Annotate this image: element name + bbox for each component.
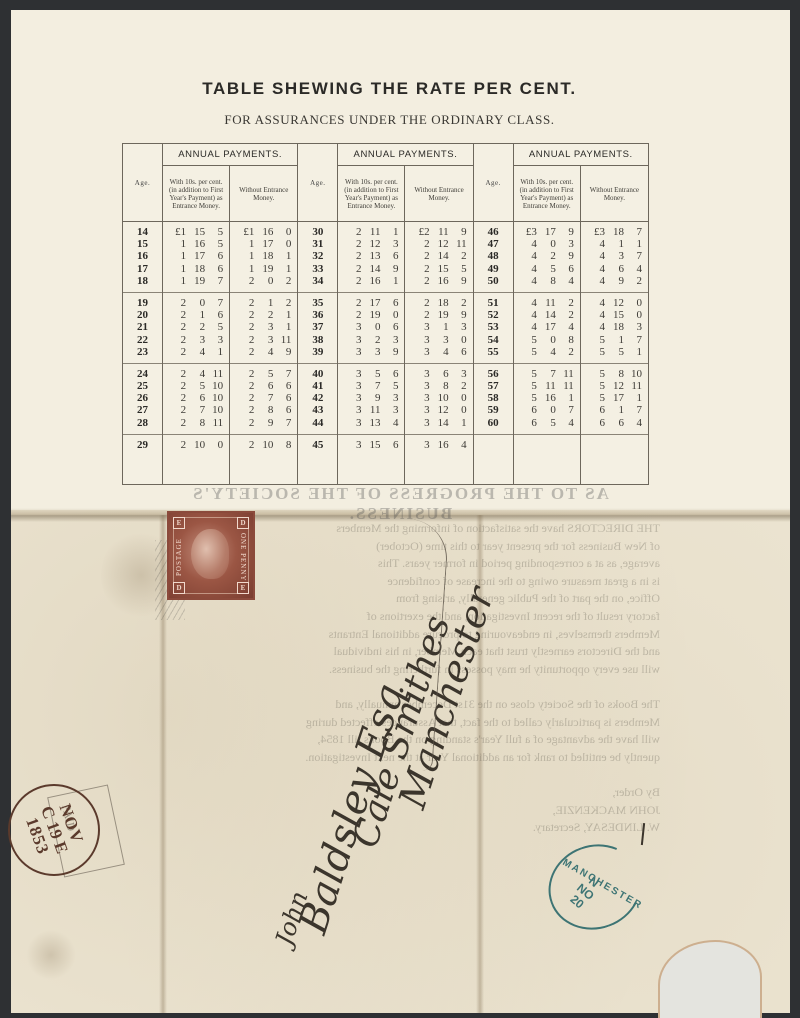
rate-cell: 2100 — [163, 439, 229, 451]
age-cell: 54 — [474, 334, 513, 346]
shillings-value: 15 — [605, 309, 624, 321]
pence-value: 3 — [380, 404, 398, 416]
row-group: 29 — [123, 435, 162, 456]
shillings-value: 18 — [605, 226, 624, 238]
age-cell: 18 — [123, 275, 162, 287]
rate-cell: 216 — [163, 309, 229, 321]
shillings-value: 6 — [430, 368, 449, 380]
row-group: 3031323334 — [298, 222, 337, 293]
shillings-value: 9 — [361, 392, 380, 404]
age-cell: 34 — [298, 275, 337, 287]
age-cell: 21 — [123, 321, 162, 333]
pence-value: 10 — [205, 404, 223, 416]
age-cell — [474, 439, 513, 451]
rate-cell: 617 — [581, 404, 648, 416]
pounds-value: £1 — [234, 226, 254, 238]
queen-portrait — [191, 529, 229, 579]
rate-cell: 297 — [230, 417, 297, 429]
pounds-value: 5 — [517, 392, 537, 404]
rate-cell: 2123 — [338, 238, 404, 250]
age-cell: 28 — [123, 417, 162, 429]
stamp-corner-letter: E — [173, 517, 185, 529]
pence-value: 0 — [449, 404, 467, 416]
row-group: 3164 — [405, 435, 472, 456]
shillings-value: 3 — [605, 250, 624, 262]
row-group: 45 — [298, 435, 337, 456]
rate-cell: 2161 — [338, 275, 404, 287]
row-group: 21822199313330346 — [405, 293, 472, 364]
pence-value — [624, 439, 642, 451]
row-group: 35637539331133134 — [338, 364, 404, 435]
shillings-value: 13 — [361, 250, 380, 262]
rate-cell: 3156 — [338, 439, 404, 451]
row-group: 4647484950 — [474, 222, 513, 293]
pence-value: 6 — [205, 250, 223, 262]
rate-cell: 517 — [581, 334, 648, 346]
row-group: 207216225233241 — [163, 293, 229, 364]
shillings-value — [537, 439, 556, 451]
pounds-value: 4 — [585, 250, 605, 262]
shillings-value: 3 — [254, 334, 273, 346]
rate-cell: 607 — [514, 404, 580, 416]
shillings-value: 15 — [186, 226, 205, 238]
pence-value: 6 — [273, 392, 291, 404]
rate-cell: 233 — [163, 334, 229, 346]
page-subtitle: FOR ASSURANCES UNDER THE ORDINARY CLASS. — [0, 112, 779, 128]
pence-value: 3 — [556, 238, 574, 250]
rate-cell — [514, 439, 580, 451]
pounds-value: 2 — [234, 321, 254, 333]
rate-cell: 456 — [514, 263, 580, 275]
pence-value: 4 — [556, 321, 574, 333]
rate-cell: 4112 — [514, 297, 580, 309]
pence-value: 6 — [205, 263, 223, 275]
pence-value: 7 — [624, 250, 642, 262]
shillings-value: 5 — [605, 346, 624, 358]
rate-cell: 4150 — [581, 309, 648, 321]
age-cell: 33 — [298, 263, 337, 275]
pounds-value: 2 — [234, 380, 254, 392]
pounds-value: £2 — [410, 226, 430, 238]
shillings-value: 4 — [186, 346, 205, 358]
row-group: 2425262728 — [123, 364, 162, 435]
pence-value: 2 — [449, 380, 467, 392]
pence-value: 2 — [273, 297, 291, 309]
rate-cell: 3164 — [405, 439, 472, 451]
rate-cell: 403 — [514, 238, 580, 250]
pounds-value: 3 — [341, 404, 361, 416]
rate-cell: 382 — [405, 380, 472, 392]
rate-cell: 221 — [230, 309, 297, 321]
pence-value: 9 — [380, 263, 398, 275]
rate-cell: 231 — [230, 321, 297, 333]
row-group: £3179403429456484 — [514, 222, 580, 293]
pounds-value: 3 — [341, 417, 361, 429]
pounds-value: 5 — [517, 334, 537, 346]
table-block: Age.ANNUAL PAYMENTS.With 10s. per cent. … — [474, 144, 648, 484]
age-cell: 46 — [474, 226, 513, 238]
pounds-value: 2 — [410, 263, 430, 275]
row-group: 24112510261027102811 — [163, 364, 229, 435]
age-cell: 20 — [123, 309, 162, 321]
annual-payments-header: ANNUAL PAYMENTS. — [163, 144, 297, 166]
shillings-value: 17 — [605, 392, 624, 404]
pence-value: 1 — [624, 392, 642, 404]
pence-value: 7 — [624, 226, 642, 238]
age-cell: 17 — [123, 263, 162, 275]
pence-value: 7 — [205, 297, 223, 309]
age-cell: 37 — [298, 321, 337, 333]
pounds-value: 1 — [234, 250, 254, 262]
shillings-value: 3 — [430, 334, 449, 346]
shillings-value: 12 — [430, 404, 449, 416]
shillings-value: 12 — [430, 238, 449, 250]
pounds-value: 2 — [341, 263, 361, 275]
bleed-through-line: of New Business for the present year to … — [290, 538, 660, 556]
pence-value: 2 — [449, 297, 467, 309]
rate-cell: 375 — [338, 380, 404, 392]
age-column: 464748495051525354555657585960 — [474, 222, 514, 484]
pounds-value: 6 — [517, 417, 537, 429]
age-column-header: Age. — [298, 144, 338, 222]
age-cell: 57 — [474, 380, 513, 392]
row-group: 1415161718 — [123, 222, 162, 293]
row-group: 4041424344 — [298, 364, 337, 435]
pence-value: 11 — [449, 238, 467, 250]
rate-cell — [581, 439, 648, 451]
rate-cell: 2176 — [338, 297, 404, 309]
row-group: 5152535455 — [474, 293, 513, 364]
shillings-value: 7 — [537, 368, 556, 380]
rate-cell: 2510 — [163, 380, 229, 392]
pence-value: 11 — [205, 417, 223, 429]
rate-cell: 3141 — [405, 417, 472, 429]
pounds-value: 3 — [410, 368, 430, 380]
pence-value: 2 — [556, 346, 574, 358]
rate-cell: 5171 — [581, 392, 648, 404]
rate-cell: 2142 — [405, 250, 472, 262]
rate-cell: 411 — [581, 238, 648, 250]
age-cell: 60 — [474, 417, 513, 429]
age-cell: 59 — [474, 404, 513, 416]
shillings-value: 9 — [254, 417, 273, 429]
rate-cell: 306 — [338, 321, 404, 333]
shillings-value: 17 — [186, 250, 205, 262]
pounds-value: 5 — [585, 380, 605, 392]
age-cell: 22 — [123, 334, 162, 346]
rate-cell: 346 — [405, 346, 472, 358]
rate-cell: 2108 — [230, 439, 297, 451]
pence-value: 6 — [380, 250, 398, 262]
age-cell: 36 — [298, 309, 337, 321]
shillings-value: 0 — [186, 297, 205, 309]
pounds-value: 3 — [410, 334, 430, 346]
age-cell: 19 — [123, 297, 162, 309]
shillings-value: 17 — [537, 321, 556, 333]
shillings-value: 0 — [361, 321, 380, 333]
shillings-value: 1 — [254, 297, 273, 309]
pounds-value: 2 — [341, 250, 361, 262]
shillings-value: 7 — [361, 380, 380, 392]
shillings-value: 12 — [605, 297, 624, 309]
pence-value: 3 — [205, 334, 223, 346]
pounds-value: 4 — [517, 297, 537, 309]
rate-cell: 2111 — [338, 226, 404, 238]
pounds-value: 3 — [341, 334, 361, 346]
rate-cell: 2610 — [163, 392, 229, 404]
without-entrance-column: £211921211214221552169218221993133303463… — [405, 222, 472, 484]
pence-value: 11 — [624, 380, 642, 392]
pounds-value: 2 — [341, 226, 361, 238]
pounds-value: £3 — [585, 226, 605, 238]
pence-value: 0 — [273, 238, 291, 250]
table-block: Age.ANNUAL PAYMENTS.With 10s. per cent. … — [298, 144, 473, 484]
rate-cell: 2155 — [405, 263, 472, 275]
shillings-value: 6 — [254, 380, 273, 392]
rate-cell: 225 — [163, 321, 229, 333]
rate-cell: 2149 — [338, 263, 404, 275]
shillings-value: 11 — [430, 226, 449, 238]
pounds-value: 4 — [517, 263, 537, 275]
pounds-value: 3 — [410, 392, 430, 404]
age-cell: 16 — [123, 250, 162, 262]
pounds-value: 2 — [234, 392, 254, 404]
row-group: 5810512115171617664 — [581, 364, 648, 435]
age-cell: 14 — [123, 226, 162, 238]
with-entrance-header: With 10s. per cent. (in addition to Firs… — [338, 166, 405, 222]
pounds-value: 5 — [585, 346, 605, 358]
pounds-value: 4 — [585, 297, 605, 309]
shillings-value: 5 — [537, 417, 556, 429]
row-group: £11551165117611861197 — [163, 222, 229, 293]
pence-value: 10 — [205, 380, 223, 392]
pence-value: 6 — [205, 309, 223, 321]
pence-value: 3 — [449, 321, 467, 333]
pounds-value: 4 — [517, 250, 537, 262]
pounds-value: 4 — [517, 275, 537, 287]
pence-value: 6 — [380, 297, 398, 309]
pounds-value: 2 — [166, 297, 186, 309]
shillings-value: 18 — [430, 297, 449, 309]
age-cell: 23 — [123, 346, 162, 358]
pence-value: 2 — [556, 309, 574, 321]
pounds-value: 2 — [410, 238, 430, 250]
pence-value: 7 — [556, 404, 574, 416]
pence-value: 9 — [449, 226, 467, 238]
rate-cell: 257 — [230, 368, 297, 380]
age-cell: 42 — [298, 392, 337, 404]
rate-cell: 2811 — [163, 417, 229, 429]
pence-value: 3 — [380, 238, 398, 250]
age-cell: 50 — [474, 275, 513, 287]
pounds-value: 1 — [234, 263, 254, 275]
pounds-value: 2 — [410, 297, 430, 309]
shillings-value: 14 — [430, 250, 449, 262]
shillings-value: 14 — [430, 417, 449, 429]
age-cell: 29 — [123, 439, 162, 451]
pounds-value: 2 — [234, 346, 254, 358]
shillings-value: 4 — [254, 346, 273, 358]
shillings-value: 18 — [254, 250, 273, 262]
rate-cell: 2311 — [230, 334, 297, 346]
shillings-value: 15 — [361, 439, 380, 451]
pounds-value: 1 — [166, 250, 186, 262]
shillings-value: 13 — [361, 417, 380, 429]
row-group: 3536373839 — [298, 293, 337, 364]
pence-value: 5 — [205, 226, 223, 238]
pounds-value: 5 — [517, 368, 537, 380]
rate-cell: 276 — [230, 392, 297, 404]
pence-value: 2 — [556, 297, 574, 309]
rate-cell: 429 — [514, 250, 580, 262]
row-group: 2100 — [163, 435, 229, 456]
pence-value: 1 — [380, 275, 398, 287]
row-group: 5711511115161607654 — [514, 364, 580, 435]
rate-cell: 5161 — [514, 392, 580, 404]
pounds-value: 3 — [410, 417, 430, 429]
age-cell: 31 — [298, 238, 337, 250]
pounds-value: 2 — [166, 309, 186, 321]
pence-value: 4 — [449, 439, 467, 451]
rate-cell: 3113 — [338, 404, 404, 416]
rate-cell: 249 — [230, 346, 297, 358]
shillings-value: 18 — [605, 321, 624, 333]
pence-value: 3 — [380, 392, 398, 404]
age-cell: 47 — [474, 238, 513, 250]
pence-value: 8 — [556, 334, 574, 346]
pounds-value: 3 — [341, 368, 361, 380]
pence-value: 10 — [624, 368, 642, 380]
rate-cell: 492 — [581, 275, 648, 287]
rate-cell: 4142 — [514, 309, 580, 321]
row-group: 257266276286297 — [230, 364, 297, 435]
row-group: 363382310031203141 — [405, 364, 472, 435]
pounds-value: 3 — [341, 346, 361, 358]
rate-cell: 2710 — [163, 404, 229, 416]
age-cell: 27 — [123, 404, 162, 416]
shillings-value: 12 — [361, 238, 380, 250]
pence-value: 1 — [556, 392, 574, 404]
shillings-value: 6 — [605, 263, 624, 275]
pounds-value: 2 — [341, 275, 361, 287]
bleed-through-line: THE DIRECTORS have the satisfaction of i… — [290, 520, 660, 538]
pence-value: 2 — [273, 275, 291, 287]
shillings-value: 8 — [605, 368, 624, 380]
rate-cell: 1181 — [230, 250, 297, 262]
without-entrance-header: Without Entrance Money. — [581, 166, 648, 222]
pence-value: 0 — [624, 309, 642, 321]
age-cell: 24 — [123, 368, 162, 380]
pounds-value: 3 — [410, 346, 430, 358]
pence-value: 1 — [449, 417, 467, 429]
rate-cell: 2136 — [338, 250, 404, 262]
shillings-value: 2 — [254, 309, 273, 321]
pence-value: 7 — [205, 275, 223, 287]
pounds-value: 6 — [517, 404, 537, 416]
shillings-value: 4 — [186, 368, 205, 380]
shillings-value: 8 — [254, 404, 273, 416]
pounds-value: £3 — [517, 226, 537, 238]
shillings-value: 19 — [254, 263, 273, 275]
pence-value: 4 — [624, 417, 642, 429]
rate-cell: 508 — [514, 334, 580, 346]
age-cell: 55 — [474, 346, 513, 358]
with-entrance-column: £115511651176118611972072162252332412411… — [163, 222, 230, 484]
with-entrance-column: 2111212321362149216121762190306323339356… — [338, 222, 405, 484]
stamp-corner-letter: D — [173, 582, 185, 594]
pounds-value: 6 — [585, 417, 605, 429]
shillings-value: 1 — [605, 238, 624, 250]
rate-cell: 4174 — [514, 321, 580, 333]
age-cell: 45 — [298, 439, 337, 451]
row-group: 411241424174508542 — [514, 293, 580, 364]
shillings-value: 11 — [361, 404, 380, 416]
pence-value: 0 — [273, 226, 291, 238]
shillings-value: 6 — [605, 417, 624, 429]
rate-cell: £3179 — [514, 226, 580, 238]
shillings-value: 14 — [537, 309, 556, 321]
rate-cell: 2199 — [405, 309, 472, 321]
shillings-value: 16 — [430, 439, 449, 451]
rate-cell: 2190 — [338, 309, 404, 321]
rate-cell: 1170 — [230, 238, 297, 250]
rate-cell: 1176 — [163, 250, 229, 262]
shillings-value: 5 — [361, 368, 380, 380]
without-entrance-header: Without Entrance Money. — [405, 166, 472, 222]
pence-value: 0 — [624, 297, 642, 309]
pounds-value: 2 — [234, 404, 254, 416]
pounds-value: 2 — [166, 439, 186, 451]
pence-value: 4 — [380, 417, 398, 429]
pence-value: 3 — [449, 368, 467, 380]
pounds-value: 3 — [341, 380, 361, 392]
pence-value: 9 — [449, 275, 467, 287]
shillings-value: 19 — [186, 275, 205, 287]
annual-payments-header: ANNUAL PAYMENTS. — [338, 144, 472, 166]
rate-cell: 484 — [514, 275, 580, 287]
pounds-value: 4 — [517, 238, 537, 250]
shillings-value: 11 — [537, 380, 556, 392]
pounds-value: 2 — [234, 297, 254, 309]
age-column-header: Age. — [123, 144, 163, 222]
pence-value: 0 — [380, 309, 398, 321]
row-group: 21762190306323339 — [338, 293, 404, 364]
row-group — [514, 435, 580, 456]
pence-value: 5 — [380, 380, 398, 392]
rate-cell: 4120 — [581, 297, 648, 309]
pounds-value: 2 — [166, 321, 186, 333]
age-cell: 32 — [298, 250, 337, 262]
pence-value: 5 — [449, 263, 467, 275]
without-entrance-header: Without Entrance Money. — [230, 166, 297, 222]
pence-value: 1 — [273, 321, 291, 333]
pounds-value: 3 — [341, 321, 361, 333]
row-group — [474, 435, 513, 456]
age-cell: 30 — [298, 226, 337, 238]
rate-cell: 1191 — [230, 263, 297, 275]
pounds-value: 3 — [410, 321, 430, 333]
row-group: 412041504183517551 — [581, 293, 648, 364]
shillings-value: 18 — [186, 263, 205, 275]
age-cell: 26 — [123, 392, 162, 404]
without-entrance-column: £116011701181119120221222123123112492572… — [230, 222, 297, 484]
rate-cell: 2182 — [405, 297, 472, 309]
shillings-value: 2 — [186, 321, 205, 333]
rate-cell: 286 — [230, 404, 297, 416]
shillings-value: 19 — [430, 309, 449, 321]
shillings-value: 8 — [537, 275, 556, 287]
pounds-value: 5 — [585, 392, 605, 404]
